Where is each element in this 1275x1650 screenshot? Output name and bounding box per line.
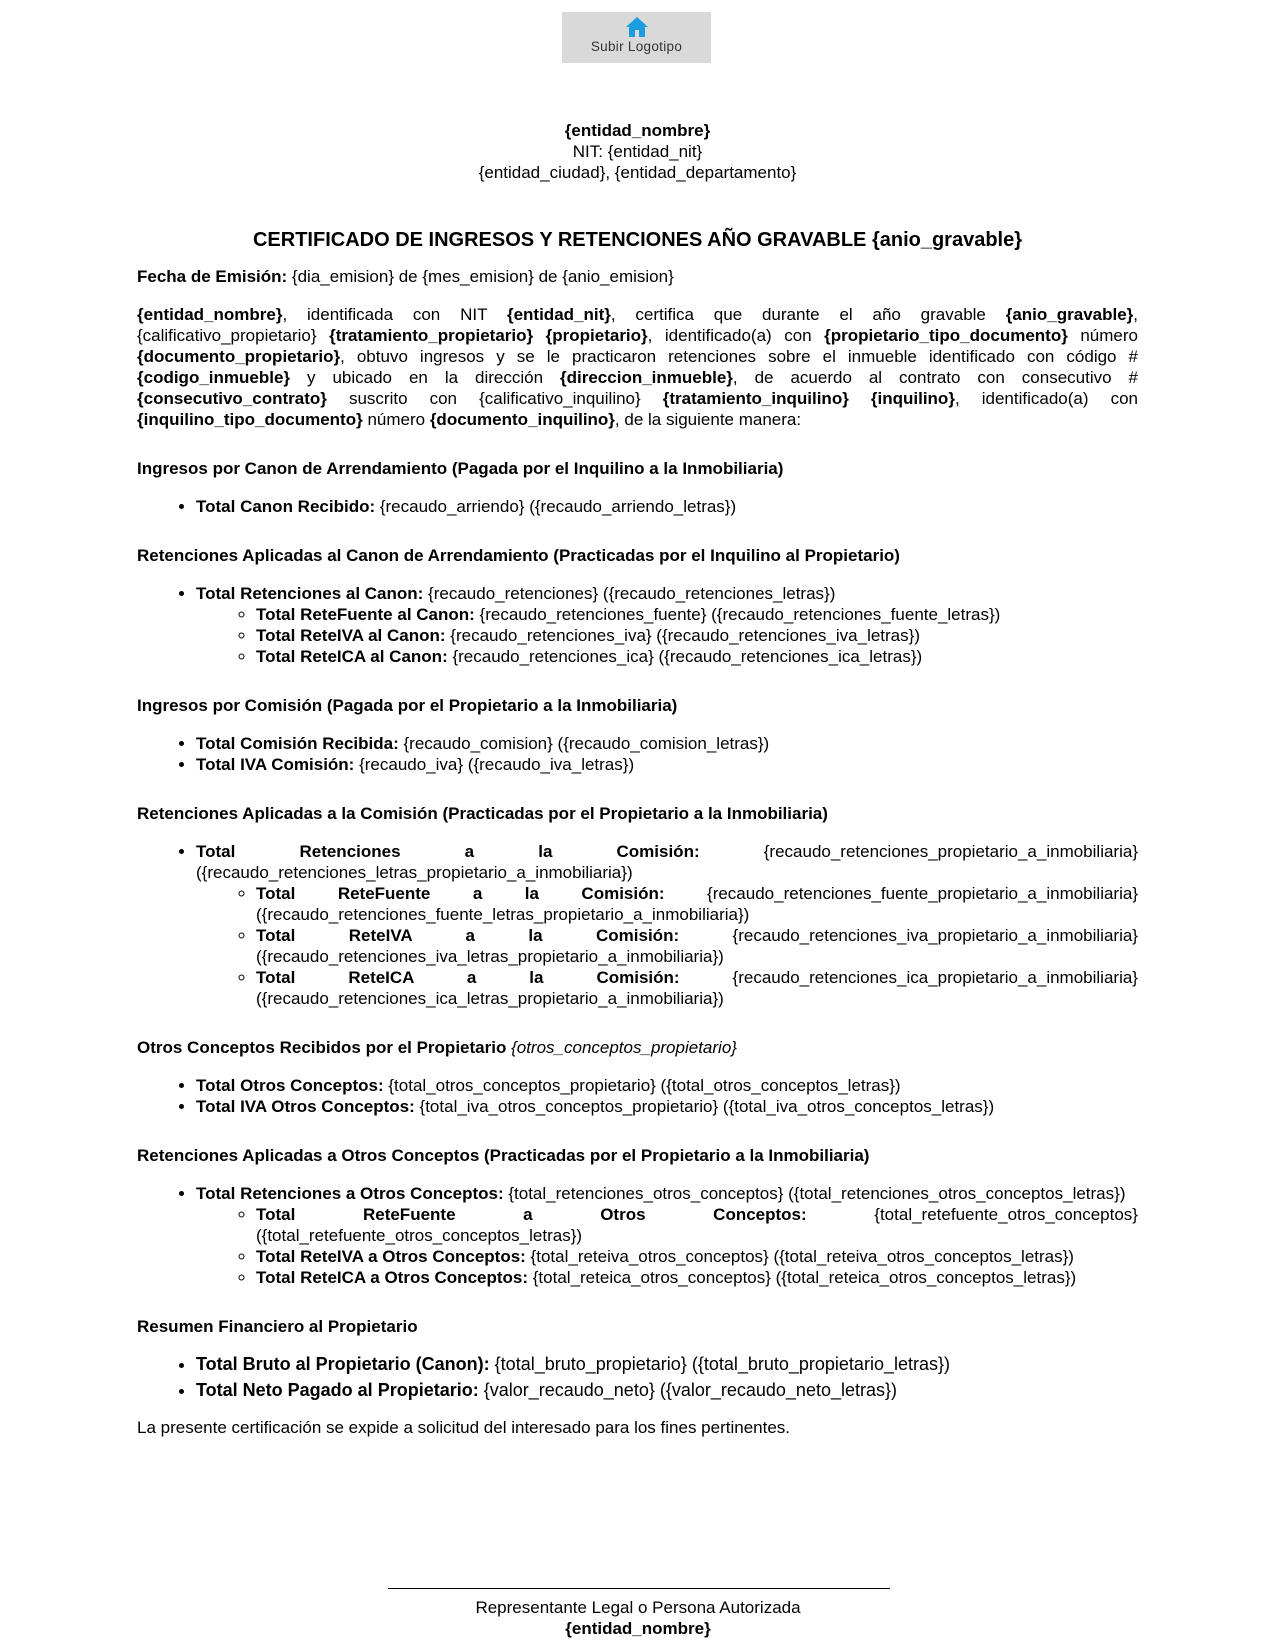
sub-list-item: Total ReteFuente a la Comisión: {recaudo… xyxy=(256,883,1138,925)
item-value: {recaudo_comision} ({recaudo_comision_le… xyxy=(399,734,769,753)
placeholder-field: {tratamiento_propietario} {propietario} xyxy=(329,326,648,345)
intro-text: suscrito con {calificativo_inquilino} xyxy=(327,389,663,408)
issue-date-label: Fecha de Emisión: xyxy=(137,267,287,286)
sub-list-item: Total ReteFuente al Canon: {recaudo_rete… xyxy=(256,604,1138,625)
section-list: Total Retenciones a la Comisión: {recaud… xyxy=(137,841,1138,1009)
item-label: Total ReteFuente al Canon: xyxy=(256,605,475,624)
item-value: {total_bruto_propietario} ({total_bruto_… xyxy=(490,1354,950,1374)
item-value: {total_reteiva_otros_conceptos} ({total_… xyxy=(526,1247,1074,1266)
item-label: Total IVA Comisión: xyxy=(196,755,354,774)
item-label: Total Bruto al Propietario (Canon): xyxy=(196,1354,490,1374)
report-section: Retenciones Aplicadas a la Comisión (Pra… xyxy=(137,803,1138,1009)
intro-text: y ubicado en la dirección xyxy=(290,368,560,387)
item-label: Total Neto Pagado al Propietario: xyxy=(196,1380,479,1400)
sub-list-item: Total ReteIVA al Canon: {recaudo_retenci… xyxy=(256,625,1138,646)
item-label: Total Retenciones a Otros Conceptos: xyxy=(196,1184,504,1203)
item-value: {recaudo_arriendo} ({recaudo_arriendo_le… xyxy=(375,497,736,516)
item-value: {recaudo_retenciones} ({recaudo_retencio… xyxy=(423,584,835,603)
intro-text: , identificada con NIT xyxy=(282,305,506,324)
sub-list: Total ReteFuente al Canon: {recaudo_rete… xyxy=(196,604,1138,667)
section-title: Retenciones Aplicadas a la Comisión (Pra… xyxy=(137,803,1138,824)
house-icon xyxy=(625,16,649,38)
placeholder-field: {entidad_nit} xyxy=(507,305,611,324)
item-label: Total Retenciones al Canon: xyxy=(196,584,423,603)
item-value: {recaudo_retenciones_fuente} ({recaudo_r… xyxy=(475,605,1001,624)
summary-item: Total Bruto al Propietario (Canon): {tot… xyxy=(196,1351,1138,1377)
entity-name: {entidad_nombre} xyxy=(137,120,1138,141)
sections-container: Ingresos por Canon de Arrendamiento (Pag… xyxy=(137,458,1138,1288)
section-list: Total Retenciones a Otros Conceptos: {to… xyxy=(137,1183,1138,1288)
upload-logo-button[interactable]: Subir Logotipo xyxy=(562,12,711,63)
sub-list: Total ReteFuente a la Comisión: {recaudo… xyxy=(196,883,1138,1009)
item-value: {total_otros_conceptos_propietario} ({to… xyxy=(384,1076,901,1095)
section-title: Ingresos por Comisión (Pagada por el Pro… xyxy=(137,695,1138,716)
entity-header: {entidad_nombre} NIT: {entidad_nit} {ent… xyxy=(137,120,1138,183)
placeholder-field: {documento_inquilino} xyxy=(430,410,615,429)
section-title-placeholder: {otros_conceptos_propietario} xyxy=(506,1038,737,1057)
closing-statement: La presente certificación se expide a so… xyxy=(137,1417,1138,1438)
intro-paragraph: {entidad_nombre}, identificada con NIT {… xyxy=(137,304,1138,430)
section-list: Total Otros Conceptos: {total_otros_conc… xyxy=(137,1075,1138,1117)
document-title: CERTIFICADO DE INGRESOS Y RETENCIONES AÑ… xyxy=(137,228,1138,252)
list-item: Total Retenciones a la Comisión: {recaud… xyxy=(196,841,1138,1009)
intro-text: , identificado(a) con xyxy=(955,389,1138,408)
section-list: Total Canon Recibido: {recaudo_arriendo}… xyxy=(137,496,1138,517)
summary-title: Resumen Financiero al Propietario xyxy=(137,1316,1138,1337)
placeholder-field: {documento_propietario} xyxy=(137,347,340,366)
item-label: Total ReteFuente a Otros Conceptos: xyxy=(256,1205,807,1224)
report-section: Retenciones Aplicadas a Otros Conceptos … xyxy=(137,1145,1138,1288)
item-label: Total ReteIVA a la Comisión: xyxy=(256,926,679,945)
item-label: Total ReteICA al Canon: xyxy=(256,647,448,666)
intro-text: , identificado(a) con xyxy=(648,326,824,345)
placeholder-field: {inquilino_tipo_documento} xyxy=(137,410,363,429)
item-value: {recaudo_retenciones_iva} ({recaudo_rete… xyxy=(446,626,920,645)
sub-list: Total ReteFuente a Otros Conceptos: {tot… xyxy=(196,1204,1138,1288)
item-value: {total_iva_otros_conceptos_propietario} … xyxy=(415,1097,994,1116)
signature-entity: {entidad_nombre} xyxy=(388,1618,888,1639)
item-label: Total ReteIVA a Otros Conceptos: xyxy=(256,1247,526,1266)
item-label: Total ReteFuente a la Comisión: xyxy=(256,884,665,903)
item-value: {recaudo_iva} ({recaudo_iva_letras}) xyxy=(354,755,634,774)
section-title: Retenciones Aplicadas al Canon de Arrend… xyxy=(137,545,1138,566)
sub-list-item: Total ReteIVA a la Comisión: {recaudo_re… xyxy=(256,925,1138,967)
upload-logo-label: Subir Logotipo xyxy=(562,39,711,54)
item-value: {recaudo_retenciones_ica} ({recaudo_rete… xyxy=(448,647,922,666)
item-label: Total Canon Recibido: xyxy=(196,497,375,516)
item-label: Total Otros Conceptos: xyxy=(196,1076,384,1095)
list-item: Total Otros Conceptos: {total_otros_conc… xyxy=(196,1075,1138,1096)
section-list: Total Retenciones al Canon: {recaudo_ret… xyxy=(137,583,1138,667)
report-section: Otros Conceptos Recibidos por el Propiet… xyxy=(137,1037,1138,1117)
sub-list-item: Total ReteICA a la Comisión: {recaudo_re… xyxy=(256,967,1138,1009)
placeholder-field: {entidad_nombre} xyxy=(137,305,282,324)
item-label: Total Retenciones a la Comisión: xyxy=(196,842,700,861)
sub-list-item: Total ReteIVA a Otros Conceptos: {total_… xyxy=(256,1246,1138,1267)
item-label: Total ReteIVA al Canon: xyxy=(256,626,446,645)
placeholder-field: {tratamiento_inquilino} {inquilino} xyxy=(663,389,955,408)
item-label: Total ReteICA a Otros Conceptos: xyxy=(256,1268,528,1287)
summary-item: Total Neto Pagado al Propietario: {valor… xyxy=(196,1377,1138,1403)
list-item: Total Comisión Recibida: {recaudo_comisi… xyxy=(196,733,1138,754)
signature-block: Representante Legal o Persona Autorizada… xyxy=(388,1588,888,1639)
item-label: Total Comisión Recibida: xyxy=(196,734,399,753)
list-item: Total Canon Recibido: {recaudo_arriendo}… xyxy=(196,496,1138,517)
list-item: Total Retenciones a Otros Conceptos: {to… xyxy=(196,1183,1138,1288)
item-label: Total ReteICA a la Comisión: xyxy=(256,968,680,987)
sub-list-item: Total ReteFuente a Otros Conceptos: {tot… xyxy=(256,1204,1138,1246)
item-value: {total_reteica_otros_conceptos} ({total_… xyxy=(528,1268,1076,1287)
item-label: Total IVA Otros Conceptos: xyxy=(196,1097,415,1116)
financial-summary: Resumen Financiero al Propietario Total … xyxy=(137,1316,1138,1403)
sub-list-item: Total ReteICA a Otros Conceptos: {total_… xyxy=(256,1267,1138,1288)
placeholder-field: {codigo_inmueble} xyxy=(137,368,290,387)
item-value: {valor_recaudo_neto} ({valor_recaudo_net… xyxy=(479,1380,897,1400)
signature-line xyxy=(388,1588,890,1589)
placeholder-field: {anio_gravable} xyxy=(1006,305,1134,324)
section-title: Otros Conceptos Recibidos por el Propiet… xyxy=(137,1037,1138,1058)
placeholder-field: {propietario_tipo_documento} xyxy=(824,326,1068,345)
intro-text: , de acuerdo al contrato con consecutivo… xyxy=(733,368,1138,387)
entity-nit: NIT: {entidad_nit} xyxy=(137,141,1138,162)
placeholder-field: {direccion_inmueble} xyxy=(560,368,733,387)
intro-text: , certifica que durante el año gravable xyxy=(611,305,1006,324)
intro-text: número xyxy=(1068,326,1138,345)
report-section: Ingresos por Comisión (Pagada por el Pro… xyxy=(137,695,1138,775)
report-section: Retenciones Aplicadas al Canon de Arrend… xyxy=(137,545,1138,667)
list-item: Total Retenciones al Canon: {recaudo_ret… xyxy=(196,583,1138,667)
entity-location: {entidad_ciudad}, {entidad_departamento} xyxy=(137,162,1138,183)
item-value: {total_retenciones_otros_conceptos} ({to… xyxy=(504,1184,1126,1203)
report-section: Ingresos por Canon de Arrendamiento (Pag… xyxy=(137,458,1138,517)
list-item: Total IVA Otros Conceptos: {total_iva_ot… xyxy=(196,1096,1138,1117)
signature-role: Representante Legal o Persona Autorizada xyxy=(388,1597,888,1618)
certificate-document: {entidad_nombre} NIT: {entidad_nit} {ent… xyxy=(137,120,1138,1438)
intro-text: número xyxy=(363,410,430,429)
sub-list-item: Total ReteICA al Canon: {recaudo_retenci… xyxy=(256,646,1138,667)
intro-text: , obtuvo ingresos y se le practicaron re… xyxy=(340,347,1138,366)
section-title: Retenciones Aplicadas a Otros Conceptos … xyxy=(137,1145,1138,1166)
summary-list: Total Bruto al Propietario (Canon): {tot… xyxy=(137,1351,1138,1403)
intro-text: , de la siguiente manera: xyxy=(615,410,801,429)
issue-date-value: {dia_emision} de {mes_emision} de {anio_… xyxy=(287,267,674,286)
section-list: Total Comisión Recibida: {recaudo_comisi… xyxy=(137,733,1138,775)
list-item: Total IVA Comisión: {recaudo_iva} ({reca… xyxy=(196,754,1138,775)
placeholder-field: {consecutivo_contrato} xyxy=(137,389,327,408)
issue-date: Fecha de Emisión: {dia_emision} de {mes_… xyxy=(137,266,1138,287)
section-title: Ingresos por Canon de Arrendamiento (Pag… xyxy=(137,458,1138,479)
